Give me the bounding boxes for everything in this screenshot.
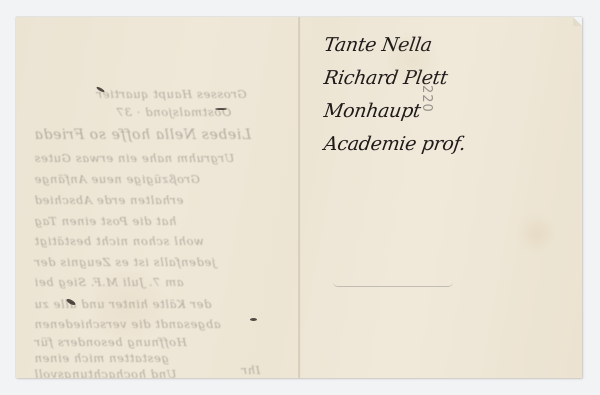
line-monhaupt: Monhaupt [322,95,468,128]
left-page: Grosses Haupt quartier Oostmalsjond · 37… [16,17,298,378]
bleed-line: Grosses Haupt quartier [96,87,247,101]
pencil-stroke [333,282,453,287]
bleed-line: Hoffnung besonders für [34,335,187,349]
line-academie-prof: Academie prof. [322,128,468,161]
bleed-line: abgesandt die verschiedenen [34,317,221,331]
bleed-line: gestatten mich einen [34,351,169,365]
bleed-line: jedenfalls ist es Zeugnis der [34,255,215,269]
bleed-line: der Kälte hinter und alle zu [34,297,211,311]
bleed-line: am 7. Juli M.F. Sieg bei [34,275,184,289]
bleed-line: Oostmalsjond · 37 [116,105,231,119]
bleed-line: hat die Post einen Tag [34,214,176,228]
bleed-line: wohl schon nicht bestätigt [34,234,204,248]
bleed-line: Urgruhm nahe ein erwas Gutes [34,151,234,165]
scanned-letter: Grosses Haupt quartier Oostmalsjond · 37… [0,0,600,395]
ink-handwriting: Tante Nella Richard Plett Monhaupt Acade… [324,29,465,161]
letter-paper: Grosses Haupt quartier Oostmalsjond · 37… [16,17,582,378]
bleed-line: Und hochachtungsvoll [34,367,176,378]
bleed-through-text: Grosses Haupt quartier Oostmalsjond · 37… [26,17,291,378]
line-richard-plett: Richard Plett [322,62,468,95]
bleed-line: Liebes Nella hoffe so Frieda [34,127,251,143]
pencil-archive-number: 220 [419,85,434,113]
line-tante-nella: Tante Nella [322,29,468,62]
right-page: Tante Nella Richard Plett Monhaupt Acade… [301,17,582,378]
bleed-line: Ihr [241,363,260,377]
ink-blot [250,318,257,321]
ink-blot [215,108,227,110]
bleed-line: erhalten erde Abschied [34,193,183,207]
bleed-line: Großzügige neue Anfänge [34,172,200,186]
